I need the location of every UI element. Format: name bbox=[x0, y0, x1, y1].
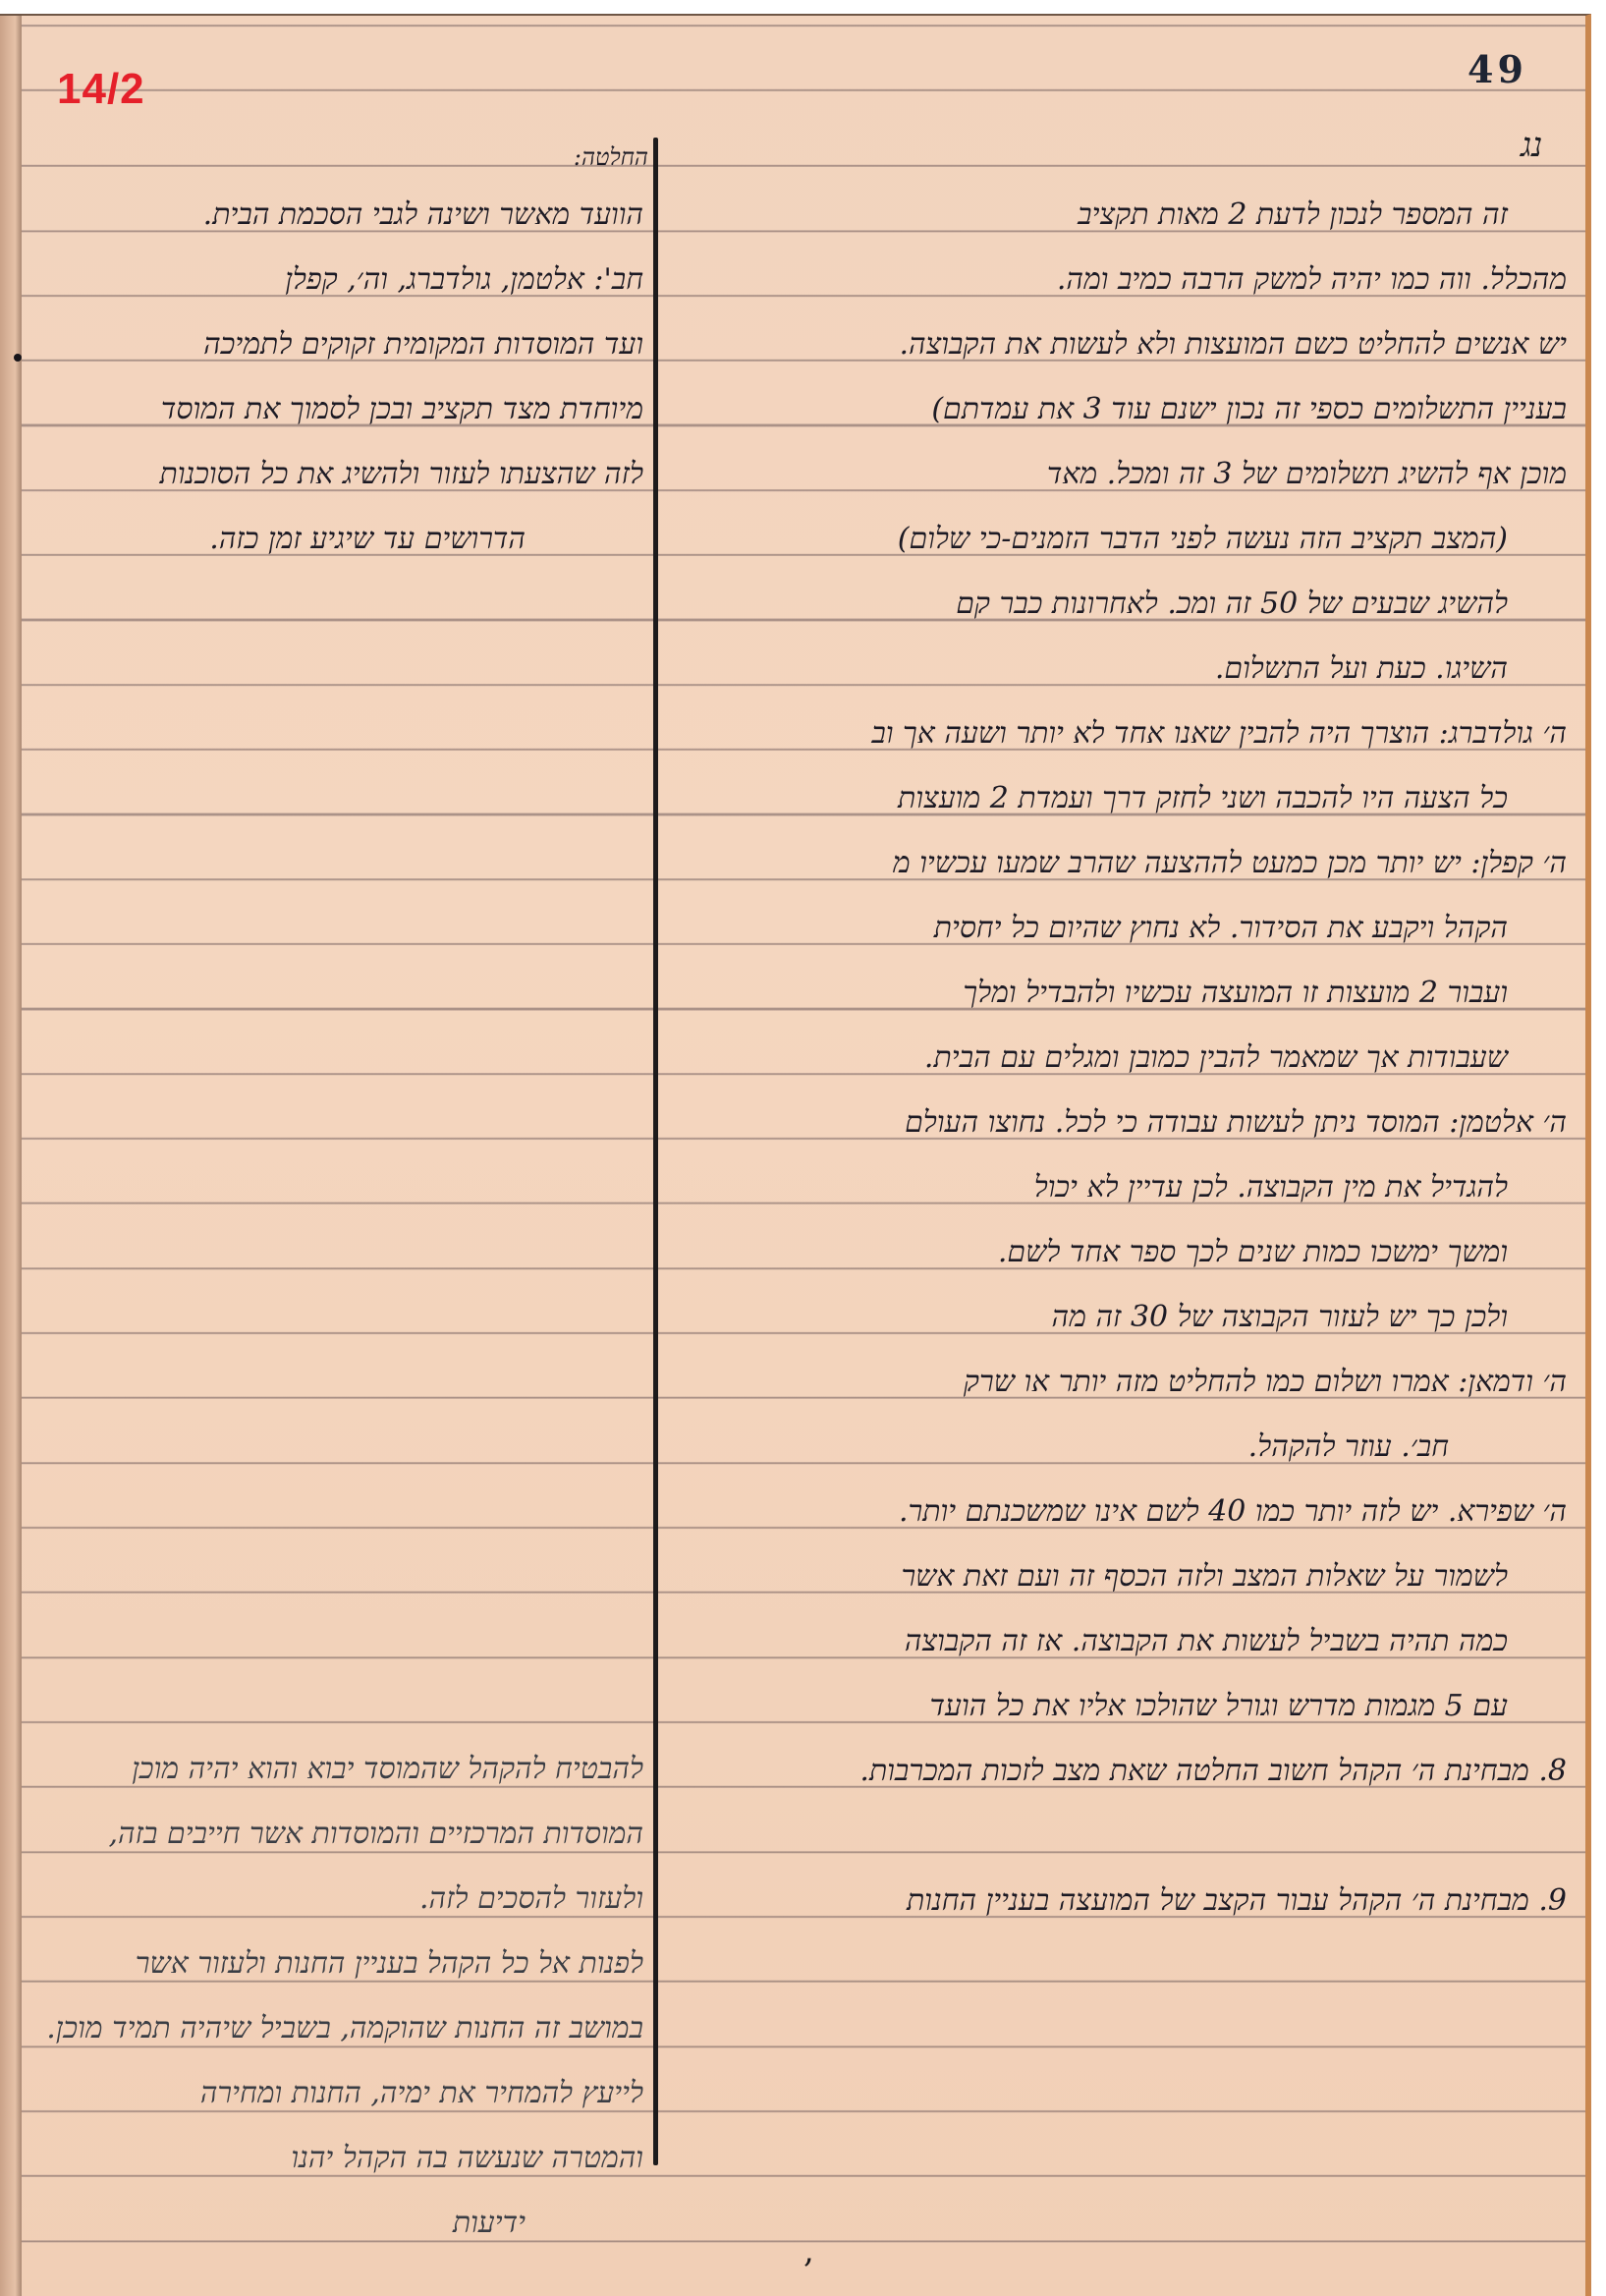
minutes-speaker-line: ה׳ שפירא. יש לזה יותר כמו 40 לשם אינו שמ… bbox=[678, 1480, 1567, 1544]
minutes-line: יש אנשים להחליט כשם המועצות ולא לעשות את… bbox=[678, 312, 1567, 377]
side-line: לפנות אל כל הקהל בעניין החנות ולעזור אשר bbox=[39, 1932, 643, 1996]
side-line: במושב זה החנות שהוקמה, בשביל שיהיה תמיד … bbox=[39, 1996, 643, 2061]
printed-page-number: 49 bbox=[1468, 47, 1527, 91]
side-bottom-block: להבטיח להקהל שהמוסד יבוא והוא יהיה מוכן … bbox=[39, 1737, 643, 2256]
side-line: והמטרה שנעשה בה הקהל יהנו bbox=[39, 2126, 643, 2191]
side-line: להבטיח להקהל שהמוסד יבוא והוא יהיה מוכן bbox=[39, 1737, 643, 1802]
minutes-line: מהכלל. ווה כמו יהיה למשק הרבה כמיב ומה. bbox=[678, 248, 1567, 312]
side-line: ידיעות bbox=[39, 2191, 643, 2256]
archive-stamp-label: 14/2 bbox=[57, 65, 145, 114]
minutes-line: כל הצעה היו להכבה ושני לחזק דרך ועמדת 2 … bbox=[678, 766, 1567, 831]
minutes-speaker-line: ה׳ קפלן: יש יותר מכן כמעט לההצעה שהרב שמ… bbox=[678, 831, 1567, 896]
minutes-line: ועבור 2 מועצות זו המועצה עכשיו ולהבדיל ו… bbox=[678, 961, 1567, 1026]
minutes-line: להגדיל את מין הקבוצה. לכן עדיין לא יכול bbox=[678, 1155, 1567, 1220]
side-line: לייעץ להמחיר את ימיה, החנות ומחירה bbox=[39, 2061, 643, 2126]
ink-blot bbox=[14, 354, 22, 362]
minutes-line: בעניין התשלומים כספי זה נכון ישנם עוד 3 … bbox=[678, 377, 1567, 442]
minutes-line: להשיג שבעים של 50 זה ומכ. לאחרונות כבר ק… bbox=[678, 572, 1567, 637]
minutes-line: לשמור על שאלות המצב ולזה הכסף זה ועם זאת… bbox=[678, 1544, 1567, 1609]
minutes-line: עם 5 מגמות מדרש וגורל שהולכו אליו את כל … bbox=[678, 1674, 1567, 1739]
minutes-line: שעבודות אך שמאמר להבין כמובן ומגלים עם ה… bbox=[678, 1026, 1567, 1091]
minutes-item-line: 9. מבחינת ה׳ הקהל עבור הקצב של המועצה בע… bbox=[678, 1869, 1567, 1933]
main-minutes-column: זה המספר לנכון לדעת 2 מאות תקציב מהכלל. … bbox=[678, 183, 1567, 1933]
side-top-block: הוועד מאשר ושינה לגבי הסכמת הבית. חב': א… bbox=[39, 183, 643, 572]
minutes-item-line: 8. מבחינת ה׳ הקהל חשוב החלטה שאת מצב לזכ… bbox=[678, 1739, 1567, 1804]
side-line: מיוחדת מצד תקציב ובכן לסמוך את המוסד bbox=[39, 377, 643, 442]
notebook-page: 14/2 49 נג החלטה: הוועד מאשר ושינה לגבי … bbox=[0, 14, 1591, 2296]
minutes-line: ומשך ימשכו כמות שנים לכך ספר אחד לשם. bbox=[678, 1220, 1567, 1285]
side-line: חב': אלטמן, גולדברג, וה׳, קפלן bbox=[39, 248, 643, 312]
minutes-line: מוכן אף להשיג תשלומים של 3 זה ומכל. מאד bbox=[678, 442, 1567, 507]
minutes-line: זה המספר לנכון לדעת 2 מאות תקציב bbox=[678, 183, 1567, 248]
blank-line bbox=[678, 1804, 1567, 1869]
minutes-line: כמה תהיה בשביל לעשות את הקבוצה. אז זה הק… bbox=[678, 1609, 1567, 1674]
minutes-speaker-line: ה׳ גולדברג: הוצרך היה להבין שאנו אחד לא … bbox=[678, 701, 1567, 766]
side-line: הוועד מאשר ושינה לגבי הסכמת הבית. bbox=[39, 183, 643, 248]
minutes-speaker-line: ה׳ אלטמן: המוסד ניתן לעשות עבודה כי לכל.… bbox=[678, 1091, 1567, 1155]
ink-mark: , bbox=[803, 2231, 814, 2270]
minutes-line: הקהל ויקבע את הסידור. לא נחוץ שהיום כל י… bbox=[678, 896, 1567, 961]
handwritten-page-mark: נג bbox=[1521, 126, 1542, 165]
minutes-speaker-line: ה׳ ודמאן: אמרו ושלום כמו להחליט מזה יותר… bbox=[678, 1350, 1567, 1415]
side-line: המוסדות המרכזיים והמוסדות אשר חייבים בזה… bbox=[39, 1802, 643, 1867]
side-line: ועד המוסדות המקומית זקוקים לתמיכה bbox=[39, 312, 643, 377]
side-line: הדרושים עד שיגיע זמן כזה. bbox=[39, 507, 643, 572]
side-line: לזה שהצעתו לעזור ולהשיג את כל הסוכנות bbox=[39, 442, 643, 507]
side-column-title: החלטה: bbox=[530, 143, 648, 172]
side-line: ולעזור להסכים לזה. bbox=[39, 1867, 643, 1932]
minutes-line: חב׳. עוזר להקהל. bbox=[678, 1415, 1567, 1480]
minutes-line: השיגו. כעת ועל התשלום. bbox=[678, 637, 1567, 701]
column-divider-line bbox=[653, 138, 658, 2165]
minutes-line: ולכן כך יש לעזור הקבוצה של 30 זה מה bbox=[678, 1285, 1567, 1350]
minutes-line: (המצב תקציב הזה נעשה לפני הדבר הזמנים-כי… bbox=[678, 507, 1567, 572]
